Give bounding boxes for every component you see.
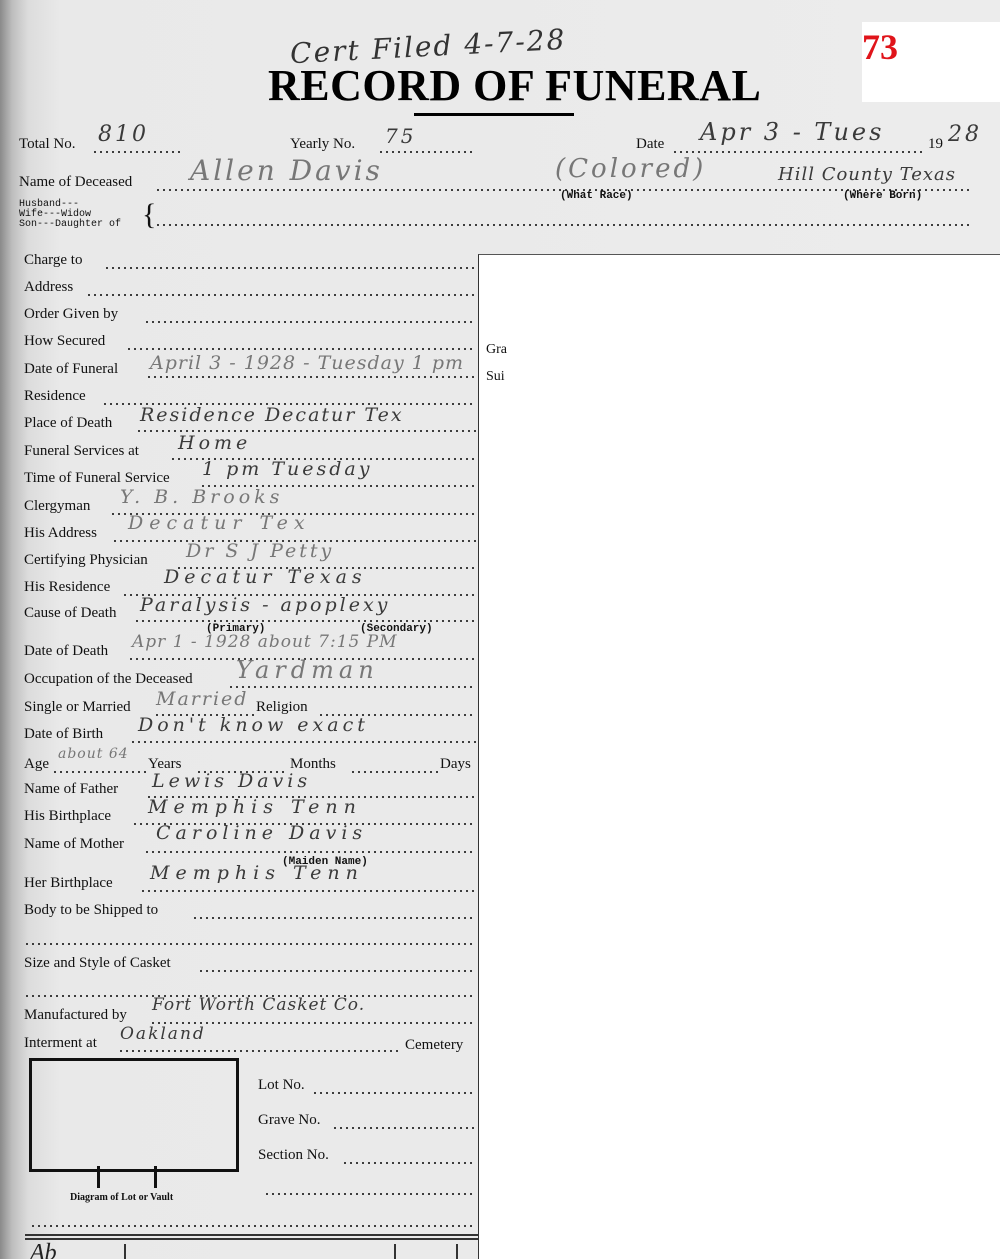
birthplace-value: Hill County Texas xyxy=(778,164,956,185)
field-interment-dots xyxy=(118,1050,402,1052)
field-dob-label: Date of Birth xyxy=(24,726,103,743)
field-clergyman-label: Clergyman xyxy=(24,498,90,515)
field-charge-to-label: Charge to xyxy=(24,252,82,269)
field-his-residence-value: Decatur Texas xyxy=(164,566,367,588)
document-title: RECORD OF FUNERAL xyxy=(268,60,761,111)
date-dots xyxy=(672,151,926,153)
date-year-value: 28 xyxy=(948,122,982,147)
field-clergyman-value: Y. B. Brooks xyxy=(120,486,283,508)
field-his-residence-label: His Residence xyxy=(24,579,110,596)
field-casket-dots xyxy=(198,970,476,972)
field-how-secured-dots xyxy=(126,348,476,350)
field-interment-label: Interment at xyxy=(24,1035,97,1052)
footer-divider-1 xyxy=(124,1244,126,1259)
field-physician-label: Certifying Physician xyxy=(24,552,148,569)
field-residence-label: Residence xyxy=(24,388,86,405)
bottom-rule-1 xyxy=(25,1234,478,1236)
footer-divider-2 xyxy=(394,1244,396,1259)
lot-extra-dots xyxy=(264,1193,476,1195)
partial-label-gra: Gra xyxy=(486,342,507,358)
field-mother-value: Caroline Davis xyxy=(156,822,367,844)
field-casket-label: Size and Style of Casket xyxy=(24,955,171,972)
field-address-label: Address xyxy=(24,279,73,296)
deceased-name-value: Allen Davis xyxy=(190,154,383,187)
relation-dots xyxy=(155,224,970,226)
field-dob-value: Don't know exact xyxy=(138,714,369,736)
field-date-of-funeral-value: April 3 - 1928 - Tuesday 1 pm xyxy=(150,352,464,374)
field-date-of-death-value: Apr 1 - 1928 about 7:15 PM xyxy=(132,632,398,652)
field-days-label: Days xyxy=(440,756,471,773)
field-shipped-to-label: Body to be Shipped to xyxy=(24,902,158,919)
total-no-value: 810 xyxy=(98,122,149,147)
yearly-no-value: 75 xyxy=(385,124,416,148)
field-her-birthplace-dots xyxy=(140,890,476,892)
field-marital-value: Married xyxy=(156,688,248,710)
date-value: Apr 3 - Tues xyxy=(700,118,884,146)
section-no-dots xyxy=(342,1162,476,1164)
grave-no-dots xyxy=(332,1127,476,1129)
field-physician-value: Dr S J Petty xyxy=(186,540,334,562)
field-his-address-value: Decatur Tex xyxy=(128,512,311,534)
yearly-no-label: Yearly No. xyxy=(290,136,355,153)
where-born-caption: (Where Born) xyxy=(843,190,922,202)
field-date-of-death-label: Date of Death xyxy=(24,643,108,660)
lot-diagram-box xyxy=(29,1058,239,1172)
right-panel-overlay xyxy=(478,254,1000,1259)
field-her-birthplace-label: Her Birthplace xyxy=(24,875,113,892)
field-time-of-service-value: 1 pm Tuesday xyxy=(202,458,372,480)
relation-brace: { xyxy=(142,198,156,232)
date-label: Date xyxy=(636,136,664,153)
field-services-at-label: Funeral Services at xyxy=(24,443,139,460)
diagram-stub-right xyxy=(154,1166,157,1188)
field-dob-dots xyxy=(130,741,476,743)
field-shipped-to-dots xyxy=(192,917,476,919)
field-manufactured-by-value: Fort Worth Casket Co. xyxy=(152,995,365,1015)
field-manufactured-by-label: Manufactured by xyxy=(24,1007,127,1024)
partial-label-sui: Sui xyxy=(486,369,505,385)
field-order-given-dots xyxy=(144,321,476,323)
relation-label-3: Son---Daughter of xyxy=(19,220,121,230)
field-occupation-label: Occupation of the Deceased xyxy=(24,671,193,688)
grave-no-label: Grave No. xyxy=(258,1112,320,1129)
record-page: 73 Cert Filed 4-7-28 RECORD OF FUNERAL T… xyxy=(0,0,1000,1259)
field-his-birthplace-label: His Birthplace xyxy=(24,808,111,825)
field-place-of-death-value: Residence Decatur Tex xyxy=(140,404,404,426)
field-how-secured-label: How Secured xyxy=(24,333,105,350)
field-his-address-label: His Address xyxy=(24,525,97,542)
field-date-of-funeral-dots xyxy=(146,376,476,378)
field-date-of-funeral-label: Date of Funeral xyxy=(24,361,118,378)
field-charge-to-dots xyxy=(104,267,476,269)
field-age-label: Age xyxy=(24,756,49,773)
field-services-at-value: Home xyxy=(178,432,251,454)
field-shipped-to-dots-2 xyxy=(24,943,476,945)
field-his-birthplace-value: Memphis Tenn xyxy=(148,796,362,818)
deceased-label: Name of Deceased xyxy=(19,174,132,191)
field-mother-label: Name of Mother xyxy=(24,836,124,853)
yearly-no-dots xyxy=(378,151,472,153)
deceased-race-value: (Colored) xyxy=(555,154,706,184)
field-father-value: Lewis Davis xyxy=(152,770,311,792)
field-address-dots xyxy=(86,294,476,296)
field-marital-label: Single or Married xyxy=(24,699,131,716)
field-occupation-dots xyxy=(228,686,476,688)
field-occupation-value: Yardman xyxy=(236,656,379,684)
field-her-birthplace-value: Memphis Tenn xyxy=(150,862,364,884)
bottom-rule-2 xyxy=(25,1238,478,1240)
field-mother-dots xyxy=(144,851,476,853)
field-father-label: Name of Father xyxy=(24,781,118,798)
race-caption: (What Race) xyxy=(560,190,633,202)
title-underline xyxy=(414,113,574,116)
diagram-caption: Diagram of Lot or Vault xyxy=(70,1192,173,1203)
section-no-label: Section No. xyxy=(258,1147,329,1164)
page-stamp-number: 73 xyxy=(862,26,898,68)
lot-no-label: Lot No. xyxy=(258,1077,305,1094)
date-year-prefix: 19 xyxy=(928,136,943,153)
bottom-dots xyxy=(30,1225,476,1227)
field-age-dots xyxy=(52,771,146,773)
field-months-dots xyxy=(350,771,438,773)
cemetery-label: Cemetery xyxy=(405,1037,463,1054)
total-no-dots xyxy=(92,151,184,153)
field-cause-of-death-dots xyxy=(134,620,476,622)
field-age-value: about 64 xyxy=(58,746,129,762)
field-order-given-label: Order Given by xyxy=(24,306,118,323)
field-interment-value: Oakland xyxy=(120,1024,206,1044)
field-cause-of-death-label: Cause of Death xyxy=(24,605,116,622)
diagram-stub-left xyxy=(97,1166,100,1188)
field-time-of-service-label: Time of Funeral Service xyxy=(24,470,170,487)
total-no-label: Total No. xyxy=(19,136,75,153)
field-place-of-death-label: Place of Death xyxy=(24,415,112,432)
footer-handwriting: Ab xyxy=(30,1240,57,1259)
lot-no-dots xyxy=(312,1092,476,1094)
footer-divider-3 xyxy=(456,1244,458,1259)
field-cause-of-death-value: Paralysis - apoplexy xyxy=(140,594,390,616)
